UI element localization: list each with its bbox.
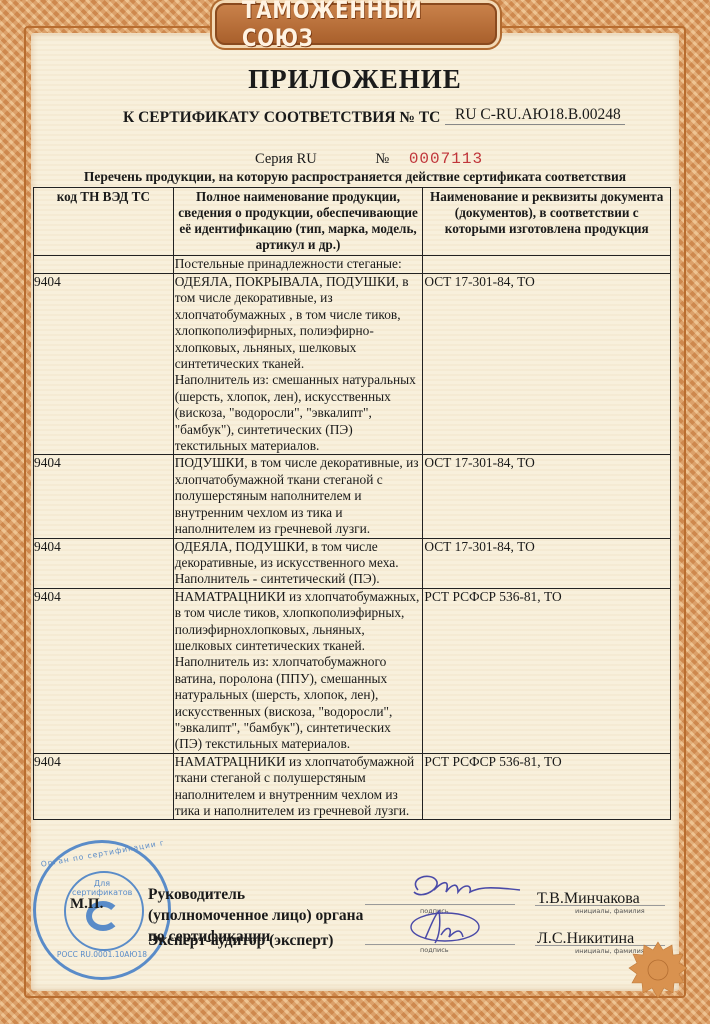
product-code: 9404 bbox=[34, 538, 174, 588]
product-description: НАМАТРАЦНИКИ из хлопчатобумажных, в том … bbox=[173, 588, 423, 753]
product-document: ОСТ 17-301-84, ТО bbox=[423, 455, 671, 538]
stamp-registration: РОСС RU.0001.10АЮ18 bbox=[46, 950, 158, 959]
product-name: НАМАТРАЦНИКИ bbox=[175, 754, 286, 769]
seal-place-label: М.П. bbox=[70, 896, 103, 913]
product-code: 9404 bbox=[34, 588, 174, 753]
certificate-number: RU C-RU.АЮ18.В.00248 bbox=[445, 106, 625, 125]
head-signature-icon bbox=[400, 870, 525, 906]
expert-signature-icon bbox=[405, 905, 485, 951]
embossed-seal-icon bbox=[627, 940, 689, 1002]
series-number: 0007113 bbox=[409, 150, 483, 168]
head-name-line bbox=[535, 905, 665, 906]
product-name: НАМАТРАЦНИКИ bbox=[175, 589, 286, 604]
table-row: 9404ПОДУШКИ, в том числе декоративные, и… bbox=[34, 455, 671, 538]
series-label: Серия RU bbox=[255, 151, 317, 167]
group-heading: Постельные принадлежности стеганые: bbox=[173, 256, 423, 274]
column-header-code: код ТН ВЭД ТС bbox=[34, 188, 174, 256]
document-title: ПРИЛОЖЕНИЕ bbox=[0, 64, 710, 95]
customs-union-badge: ТАМОЖЕННЫЙ СОЮЗ bbox=[215, 3, 497, 45]
product-code: 9404 bbox=[34, 274, 174, 455]
customs-union-label: ТАМОЖЕННЫЙ СОЮЗ bbox=[242, 0, 470, 52]
expert-label: Эксперт-аудитор (эксперт) bbox=[148, 930, 333, 951]
product-code: 9404 bbox=[34, 753, 174, 820]
product-document: РСТ РСФСР 536-81, ТО bbox=[423, 588, 671, 753]
product-description: ОДЕЯЛА, ПОКРЫВАЛА, ПОДУШКИ, в том числе … bbox=[173, 274, 423, 455]
product-document: ОСТ 17-301-84, ТО bbox=[423, 274, 671, 455]
column-header-document: Наименование и реквизиты документа (доку… bbox=[423, 188, 671, 256]
product-document: РСТ РСФСР 536-81, ТО bbox=[423, 753, 671, 820]
head-name-caption: инициалы, фамилия bbox=[575, 907, 645, 915]
group-heading-row: Постельные принадлежности стеганые: bbox=[34, 256, 671, 274]
table-row: 9404НАМАТРАЦНИКИ из хлопчатобумажной тка… bbox=[34, 753, 671, 820]
table-header-row: код ТН ВЭД ТС Полное наименование продук… bbox=[34, 188, 671, 256]
column-header-description: Полное наименование продукции, сведения … bbox=[173, 188, 423, 256]
certificate-subtitle: К СЕРТИФИКАТУ СООТВЕТСТВИЯ № ТС bbox=[123, 109, 440, 127]
product-document: ОСТ 17-301-84, ТО bbox=[423, 538, 671, 588]
product-code: 9404 bbox=[34, 455, 174, 538]
series-row: Серия RU № 0007113 bbox=[255, 150, 483, 168]
product-description: НАМАТРАЦНИКИ из хлопчатобумажной ткани с… bbox=[173, 753, 423, 820]
product-description: ОДЕЯЛА, ПОДУШКИ, в том числе декоративны… bbox=[173, 538, 423, 588]
table-caption: Перечень продукции, на которую распростр… bbox=[0, 169, 710, 185]
table-row: 9404ОДЕЯЛА, ПОКРЫВАЛА, ПОДУШКИ, в том чи… bbox=[34, 274, 671, 455]
products-table: код ТН ВЭД ТС Полное наименование продук… bbox=[33, 187, 671, 820]
table-row: 9404ОДЕЯЛА, ПОДУШКИ, в том числе декорат… bbox=[34, 538, 671, 588]
product-description: ПОДУШКИ, в том числе декоративные, из хл… bbox=[173, 455, 423, 538]
table-row: 9404НАМАТРАЦНИКИ из хлопчатобумажных, в … bbox=[34, 588, 671, 753]
number-sign: № bbox=[375, 151, 389, 167]
